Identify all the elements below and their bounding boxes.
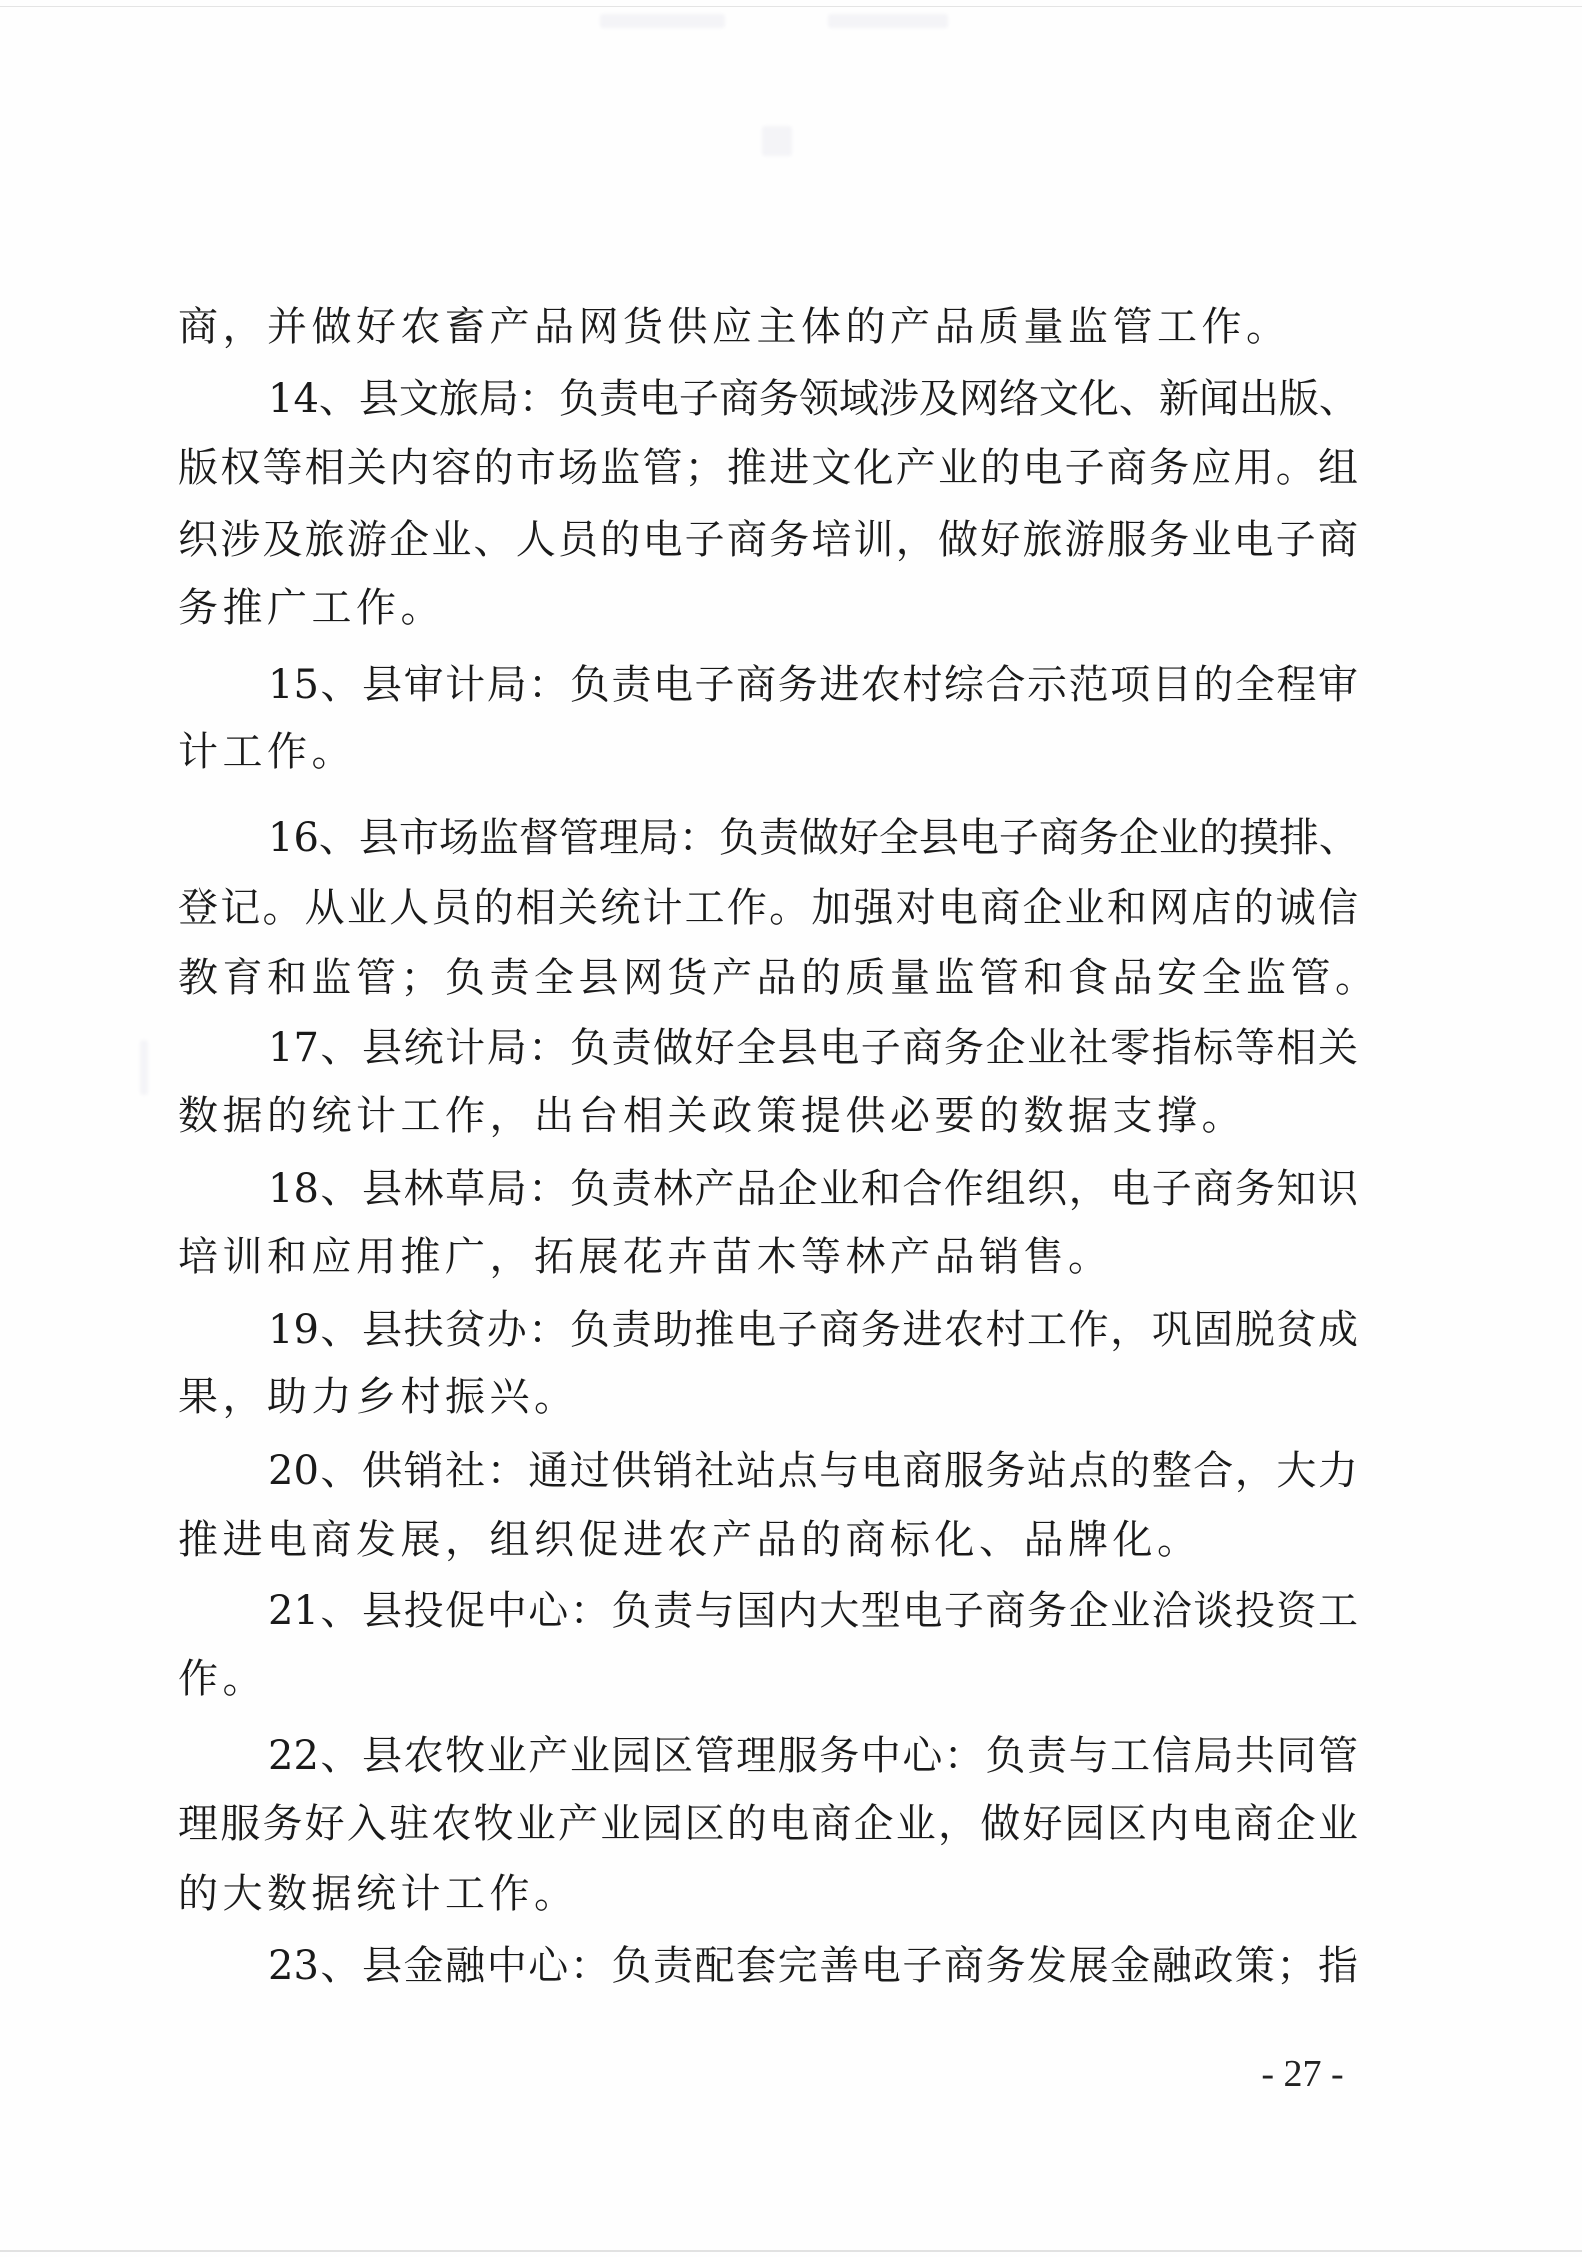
text-line: 理服务好入驻农牧业产业园区的电商企业，做好园区内电商企业 bbox=[178, 1796, 1358, 1852]
text-line: 18、县林草局：负责林产品企业和合作组织，电子商务知识 bbox=[268, 1161, 1358, 1217]
text-line: 21、县投促中心：负责与国内大型电子商务企业洽谈投资工 bbox=[268, 1583, 1358, 1639]
text-line: 20、供销社：通过供销社站点与电商服务站点的整合，大力 bbox=[268, 1443, 1358, 1499]
text-line: 15、县审计局：负责电子商务进农村综合示范项目的全程审 bbox=[268, 657, 1358, 713]
text-line: 商，并做好农畜产品网货供应主体的产品质量监管工作。 bbox=[178, 299, 1291, 355]
text-line: 务推广工作。 bbox=[178, 580, 445, 636]
show-through-mark bbox=[762, 126, 792, 156]
show-through-mark bbox=[600, 14, 725, 28]
text-line: 22、县农牧业产业园区管理服务中心：负责与工信局共同管 bbox=[268, 1728, 1358, 1784]
text-line: 培训和应用推广，拓展花卉苗木等林产品销售。 bbox=[178, 1229, 1113, 1285]
text-line: 19、县扶贫办：负责助推电子商务进农村工作，巩固脱贫成 bbox=[268, 1302, 1358, 1358]
show-through-mark bbox=[140, 1040, 148, 1095]
text-line: 的大数据统计工作。 bbox=[178, 1866, 579, 1922]
text-line: 14、县文旅局：负责电子商务领域涉及网络文化、新闻出版、 bbox=[268, 371, 1358, 427]
show-through-mark bbox=[828, 14, 948, 28]
text-line: 教育和监管；负责全县网货产品的质量监管和食品安全监管。 bbox=[178, 950, 1380, 1006]
text-line: 数据的统计工作，出台相关政策提供必要的数据支撑。 bbox=[178, 1088, 1246, 1144]
text-line: 版权等相关内容的市场监管；推进文化产业的电子商务应用。组 bbox=[178, 440, 1358, 496]
text-line: 23、县金融中心：负责配套完善电子商务发展金融政策；指 bbox=[268, 1938, 1358, 1994]
text-line: 作。 bbox=[178, 1651, 267, 1707]
text-line: 果，助力乡村振兴。 bbox=[178, 1369, 579, 1425]
text-line: 推进电商发展，组织促进农产品的商标化、品牌化。 bbox=[178, 1512, 1202, 1568]
text-line: 登记。从业人员的相关统计工作。加强对电商企业和网店的诚信 bbox=[178, 880, 1358, 936]
text-line: 17、县统计局：负责做好全县电子商务企业社零指标等相关 bbox=[268, 1020, 1358, 1076]
page-number: - 27 - bbox=[1240, 2054, 1365, 2094]
text-line: 16、县市场监督管理局：负责做好全县电子商务企业的摸排、 bbox=[268, 810, 1358, 866]
text-line: 计工作。 bbox=[178, 724, 356, 780]
text-line: 织涉及旅游企业、人员的电子商务培训，做好旅游服务业电子商 bbox=[178, 512, 1358, 568]
document-page: 商，并做好农畜产品网货供应主体的产品质量监管工作。 14、县文旅局：负责电子商务… bbox=[0, 0, 1582, 2257]
scan-top-edge bbox=[0, 6, 1582, 7]
scan-bottom-edge bbox=[0, 2250, 1582, 2252]
